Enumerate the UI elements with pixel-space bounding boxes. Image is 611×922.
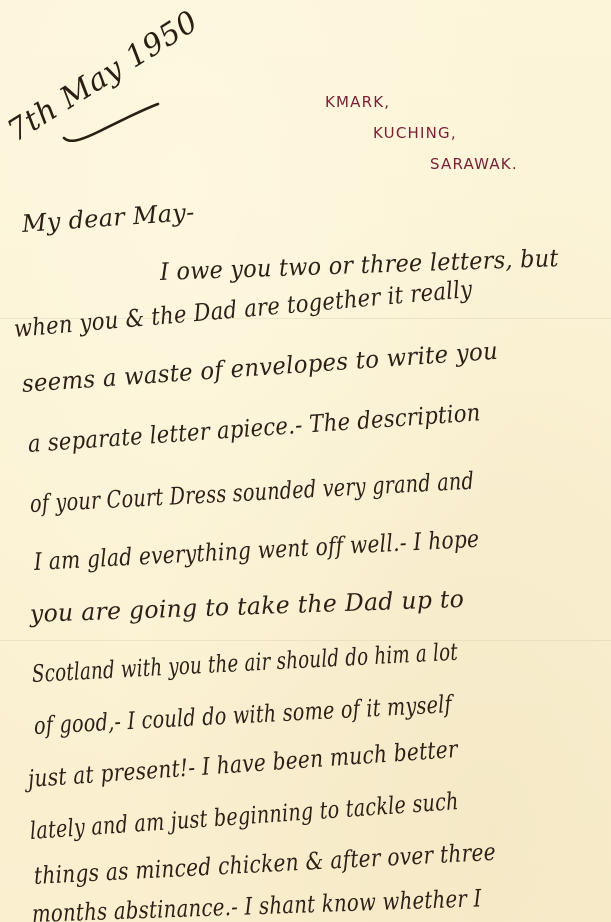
letter-line-1: I owe you two or three letters, but — [160, 244, 560, 286]
letter-line-12: things as minced chicken & after over th… — [33, 838, 496, 890]
letter-line-5: of your Court Dress sounded very grand a… — [29, 467, 474, 518]
letter-line-4: a separate letter apiece.- The descripti… — [27, 398, 481, 458]
letter-line-6: I am glad everything went off well.- I h… — [33, 525, 480, 576]
letterhead-line-1: KMARK, — [325, 93, 390, 111]
letter-line-9: of good,- I could do with some of it mys… — [33, 690, 452, 740]
letter-line-3: seems a waste of envelopes to write you — [21, 337, 499, 398]
handwritten-date: 7th May 1950 — [14, 22, 174, 142]
paper-crease — [0, 640, 611, 641]
letter-line-8: Scotland with you the air should do him … — [31, 638, 458, 688]
salutation: My dear May- — [21, 198, 195, 238]
letter-line-2: when you & the Dad are together it reall… — [13, 275, 474, 343]
letter-page: 7th May 1950 KMARK, KUCHING, SARAWAK. My… — [0, 0, 611, 922]
letterhead-line-2: KUCHING, — [373, 124, 457, 142]
letter-line-13: months abstinance.- I shant know whether… — [32, 884, 482, 922]
letter-line-10: just at present!- I have been much bette… — [27, 735, 459, 793]
date-underline-flourish — [62, 102, 162, 142]
letter-line-11: lately and am just beginning to tackle s… — [29, 787, 460, 845]
letter-line-7: you are going to take the Dad up to — [30, 585, 465, 628]
letterhead-line-3: SARAWAK. — [430, 155, 518, 173]
